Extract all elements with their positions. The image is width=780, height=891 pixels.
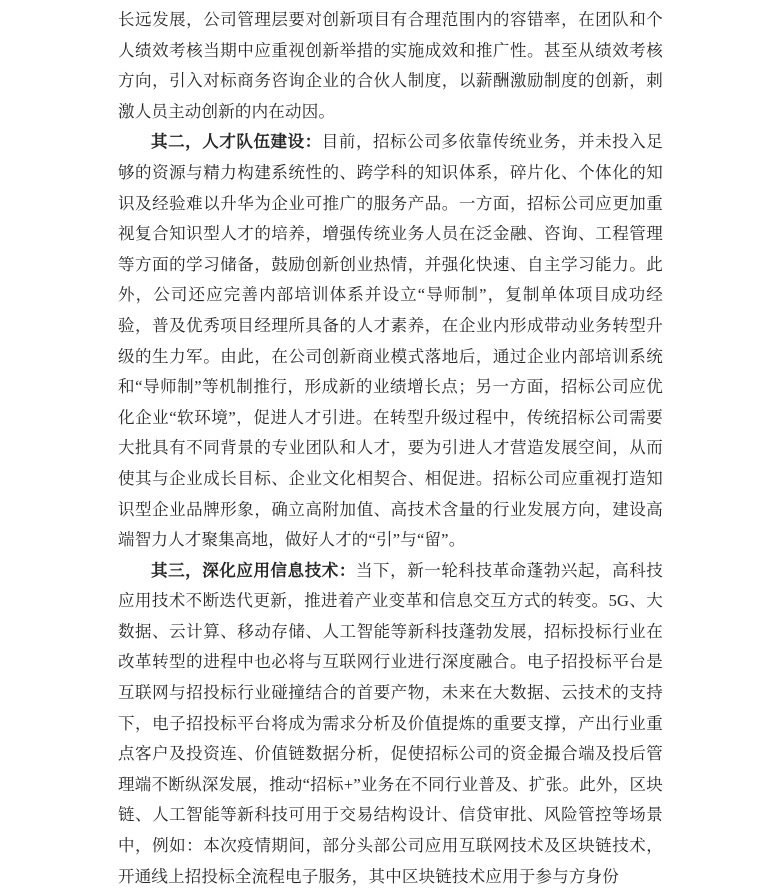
paragraph: 其三，深化应用信息技术：当下，新一轮科技革命蓬勃兴起，高科技应用技术不断迭代更新… [118, 556, 663, 891]
paragraph-text: 当下，新一轮科技革命蓬勃兴起，高科技应用技术不断迭代更新，推进着产业变革和信息交… [118, 561, 663, 886]
paragraph-text: 目前，招标公司多依靠传统业务，并未投入足够的资源与精力构建系统性的、跨学科的知识… [118, 132, 663, 549]
paragraph: 其二，人才队伍建设：目前，招标公司多依靠传统业务，并未投入足够的资源与精力构建系… [118, 127, 663, 555]
paragraph-lead: 其三，深化应用信息技术： [151, 561, 356, 580]
paragraph-text: 长远发展，公司管理层要对创新项目有合理范围内的容错率，在团队和个人绩效考核当期中… [118, 10, 663, 121]
paragraph: 长远发展，公司管理层要对创新项目有合理范围内的容错率，在团队和个人绩效考核当期中… [118, 5, 663, 127]
document-page: 长远发展，公司管理层要对创新项目有合理范围内的容错率，在团队和个人绩效考核当期中… [0, 0, 780, 891]
paragraph-lead: 其二，人才队伍建设： [151, 132, 322, 151]
